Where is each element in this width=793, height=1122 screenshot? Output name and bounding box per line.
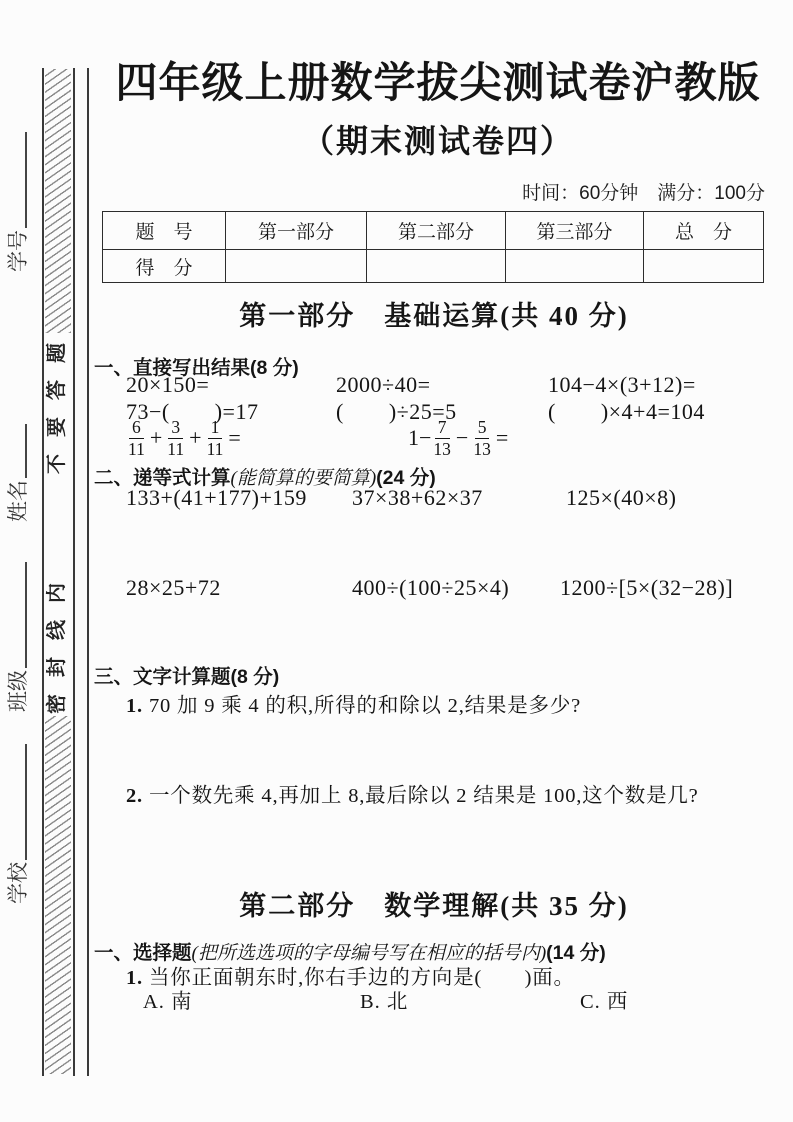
operator: + [150,425,162,451]
score-cell-part1 [226,250,367,283]
student-id-blank-line [23,132,27,228]
seal-line-inner [73,68,75,1076]
option-a: A. 南 [143,984,193,1014]
numerator: 6 [129,418,144,439]
hatch-band-top [45,69,71,333]
fraction: 111 [207,418,224,459]
seal-text-lower: 密封线内 [47,566,67,714]
leading-term: 1− [408,425,431,451]
operator: + [189,425,201,451]
score-col-total: 总 分 [644,212,764,250]
page-title: 四年级上册数学拔尖测试卷沪教版 [95,50,781,110]
numerator: 3 [168,418,183,439]
name-label: 姓名 [6,480,30,522]
part1-heading: 第一部分 基础运算(共 40 分) [95,294,773,333]
option-b: B. 北 [360,984,408,1014]
word-problem-1-number: 1. [126,695,143,717]
denominator: 13 [433,439,451,459]
part2-heading: 第二部分 数学理解(共 35 分) [95,884,773,923]
score-table: 题 号 第一部分 第二部分 第三部分 总 分 得 分 [102,211,764,283]
class-blank-line [23,562,27,668]
equals-sign: = [496,425,508,451]
fraction-problem: 1− 713 − 513 = [408,418,511,459]
school-label: 学校 [6,862,30,904]
word-problem-2: 2.一个数先乘 4,再加上 8,最后除以 2 结果是 100,这个数是几? [126,778,699,808]
equals-sign: = [228,425,240,451]
section3-heading: 三、文字计算题(8 分) [94,661,279,689]
math-problem: 37×38+62×37 [352,485,483,511]
numerator: 5 [475,418,490,439]
score-col-part2: 第二部分 [367,212,506,250]
seal-text-upper: 不要答题 [47,326,67,474]
numerator: 7 [435,418,450,439]
word-problem-2-text: 一个数先乘 4,再加上 8,最后除以 2 结果是 100,这个数是几? [149,785,699,807]
student-id-label: 学号 [6,230,30,272]
score-col-question: 题 号 [103,212,226,250]
choice-question-1: 1.当你正面朝东时,你右手边的方向是( )面。 [126,960,575,990]
numerator: 1 [208,418,223,439]
math-problem: 1200÷[5×(32−28)] [560,575,733,601]
exam-page: 不要答题 密封线内 学号 姓名 班级 学校 四年级上册数学拔尖测试卷沪教版 （期… [0,0,793,1122]
school-blank-line [23,744,27,860]
class-label: 班级 [6,670,30,712]
score-cell-part3 [506,250,644,283]
student-id-field: 学号 [8,132,29,272]
name-field: 姓名 [8,424,29,522]
class-field: 班级 [8,562,29,712]
denominator: 11 [207,439,224,459]
math-problem: 28×25+72 [126,575,221,601]
word-problem-1: 1.70 加 9 乘 4 的积,所得的和除以 2,结果是多少? [126,688,581,718]
option-c: C. 西 [580,984,628,1014]
operator: − [456,425,468,451]
fraction: 713 [433,418,451,459]
math-problem: 400÷(100÷25×4) [352,575,509,601]
word-problem-1-text: 70 加 9 乘 4 的积,所得的和除以 2,结果是多少? [149,695,581,717]
choice-question-1-number: 1. [126,967,143,989]
hatch-band-bottom [45,716,71,1074]
seal-line-outer [42,68,44,1076]
score-row-label: 得 分 [103,250,226,283]
score-table-score-row: 得 分 [103,250,764,283]
time-score-info: 时间：60分钟 满分：100分 [522,178,765,205]
score-col-part3: 第三部分 [506,212,644,250]
fraction-problem: 611 + 311 + 111 = [126,418,244,459]
score-table-header-row: 题 号 第一部分 第二部分 第三部分 总 分 [103,212,764,250]
score-cell-total [644,250,764,283]
score-col-part1: 第一部分 [226,212,367,250]
word-problem-2-number: 2. [126,785,143,807]
name-blank-line [23,424,27,478]
score-cell-part2 [367,250,506,283]
denominator: 13 [473,439,491,459]
math-problem: 125×(40×8) [566,485,676,511]
fraction: 513 [473,418,491,459]
fraction: 611 [128,418,145,459]
denominator: 11 [167,439,184,459]
denominator: 11 [128,439,145,459]
fraction: 311 [167,418,184,459]
math-problem: 133+(41+177)+159 [126,485,307,511]
page-subtitle: （期末测试卷四） [95,116,781,162]
seal-line-inner-2 [87,68,89,1076]
math-problem: ( )×4+4=104 [548,395,705,426]
school-field: 学校 [8,744,29,904]
